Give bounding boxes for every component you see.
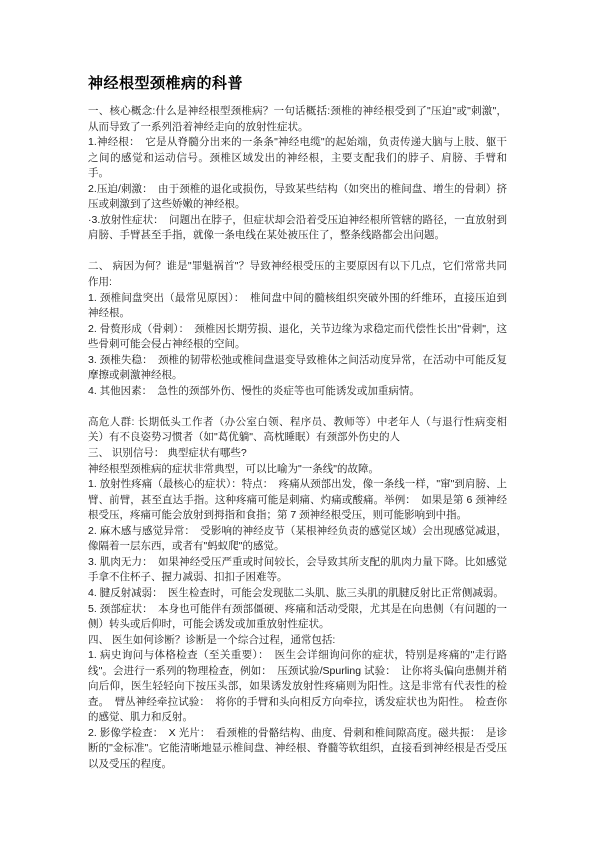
para-other-factors: 4. 其他因素： 急性的颈部外伤、慢性的炎症等也可能诱发或加重病情。 bbox=[88, 384, 507, 400]
para-numbness-sensory: 2. 麻木感与感觉异常： 受影响的神经皮节（某根神经负责的感觉区域）会出现感觉减… bbox=[88, 524, 507, 555]
para-radiating-pain: 1. 放射性疼痛（最核心的症状）：特点： 疼痛从颈部出发，像一条线一样，"窜"到… bbox=[88, 477, 507, 524]
para-neck-symptoms: 5. 颈部症状： 本身也可能伴有颈部僵硬、疼痛和活动受限，尤其是在向患侧（有问题… bbox=[88, 602, 507, 633]
document-content: 神经根型颈椎病的科普 一、核心概念:什么是神经根型颈椎病？一句话概括:颈椎的神经… bbox=[88, 74, 507, 773]
para-core-concept: 一、核心概念:什么是神经根型颈椎病？一句话概括:颈椎的神经根受到了"压迫"或"刺… bbox=[88, 104, 507, 135]
para-radiating-symptom: ·3.放射性症状： 问题出在脖子，但症状却会沿着受压迫神经根所管辖的路径，一直放… bbox=[88, 213, 507, 244]
para-imaging-exam: 2. 影像学检查： X 光片： 看颈椎的骨骼结构、曲度、骨刺和椎间隙高度。磁共振… bbox=[88, 726, 507, 773]
para-muscle-weakness: 3. 肌肉无力： 如果神经受压严重或时间较长，会导致其所支配的肌肉力量下降。比如… bbox=[88, 555, 507, 586]
para-nerve-root: 1.神经根： 它是从脊髓分出来的一条条"神经电缆"的起始端，负责传递大脑与上肢、… bbox=[88, 135, 507, 182]
para-compression-irritation: 2.压迫/刺激： 由于颈椎的退化或损伤，导致某些结构（如突出的椎间盘、增生的骨刺… bbox=[88, 182, 507, 213]
document-title: 神经根型颈椎病的科普 bbox=[88, 74, 507, 94]
para-section2-causes-heading: 二、 病因为何？谁是"罪魁祸首"？导致神经根受压的主要原因有以下几点，它们常常共… bbox=[88, 259, 507, 290]
para-bone-spur: 2. 骨赘形成（骨刺）： 颈椎因长期劳损、退化，关节边缘为求稳定而代偿性长出"骨… bbox=[88, 322, 507, 353]
para-section4-diagnosis-heading: 四、 医生如何诊断？诊断是一个综合过程，通常包括: bbox=[88, 633, 507, 649]
para-symptom-intro: 神经根型颈椎病的症状非常典型，可以比喻为"一条线"的故障。 bbox=[88, 462, 507, 478]
para-cervical-instability: 3. 颈椎失稳： 颈椎的韧带松弛或椎间盘退变导致椎体之间活动度异常，在活动中可能… bbox=[88, 353, 507, 384]
para-high-risk-groups: 高危人群: 长期低头工作者（办公室白领、程序员、教师等）中老年人（与退行性病变相… bbox=[88, 415, 507, 446]
para-disc-herniation: 1. 颈椎间盘突出（最常见原因）： 椎间盘中间的髓核组织突破外围的纤维环，直接压… bbox=[88, 291, 507, 322]
para-history-physical-exam: 1. 病史询问与体格检查（至关重要）： 医生会详细询问你的症状，特别是疼痛的"走… bbox=[88, 648, 507, 726]
para-reflex-weakening: 4. 腱反射减弱： 医生检查时，可能会发现肱二头肌、肱三头肌的肌腱反射比正常侧减… bbox=[88, 586, 507, 602]
document-page: 神经根型颈椎病的科普 一、核心概念:什么是神经根型颈椎病？一句话概括:颈椎的神经… bbox=[0, 0, 595, 841]
para-section3-symptoms-heading: 三、 识别信号： 典型症状有哪些? bbox=[88, 446, 507, 462]
